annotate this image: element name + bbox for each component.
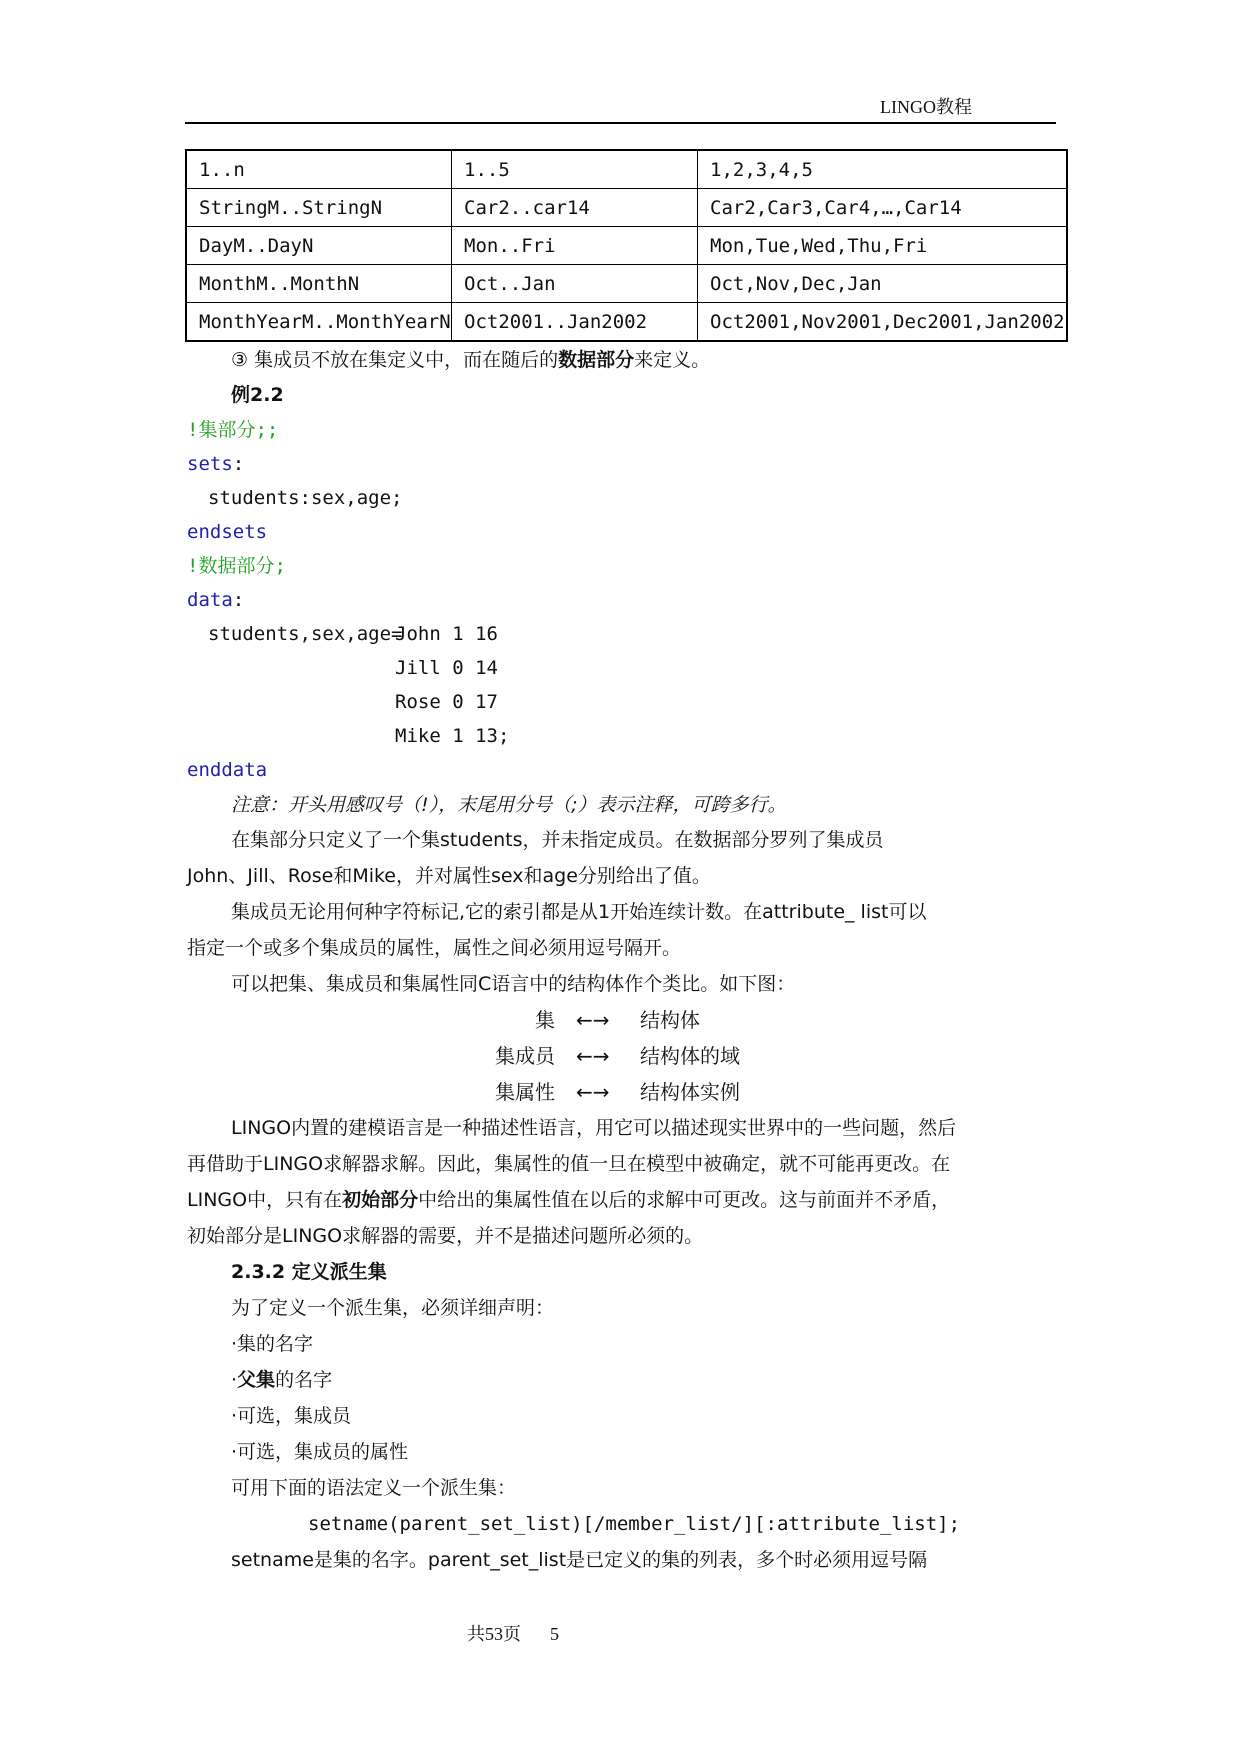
- footer-page-number: 5: [550, 1624, 559, 1644]
- item-3: ③ 集成员不放在集定义中，而在随后的数据部分来定义。: [231, 343, 710, 377]
- note-text: 注意：开头用感叹号（!），末尾用分号（;）表示注释，可跨多行。: [231, 788, 787, 822]
- bullet-text: 可选，集成员: [237, 1405, 351, 1427]
- para4-line3-suffix: 中给出的集属性值在以后的求解中可更改。这与前面并不矛盾，: [418, 1189, 950, 1211]
- table-cell: Oct..Jan: [452, 265, 698, 303]
- page-footer: 共53页 5: [467, 1620, 559, 1646]
- para2-line2: 指定一个或多个集成员的属性，属性之间必须用逗号隔开。: [187, 931, 681, 965]
- code-keyword-sets: sets: [187, 453, 233, 475]
- code-colon: :: [233, 589, 244, 611]
- table-cell: Mon,Tue,Wed,Thu,Fri: [698, 227, 1068, 265]
- double-arrow-icon: ←→: [576, 1003, 610, 1039]
- code-sets-body: students:sex,age;: [208, 481, 402, 515]
- para7-text: setname是集的名字。parent_set_list是已定义的集的列表，多个…: [231, 1543, 927, 1577]
- code-comment-sets: !集部分;;: [187, 413, 278, 447]
- table-row: StringM..StringN Car2..car14 Car2,Car3,C…: [186, 189, 1067, 227]
- item-3-bold: 数据部分: [558, 349, 634, 371]
- para1-line1: 在集部分只定义了一个集students，并未指定成员。在数据部分罗列了集成员: [231, 823, 884, 857]
- analogy-right: 结构体: [640, 1003, 700, 1039]
- para3-text: 可以把集、集成员和集属性同C语言中的结构体作个类比。如下图：: [231, 967, 795, 1001]
- analogy-left: 集成员: [420, 1039, 555, 1075]
- para6-text: 可用下面的语法定义一个派生集：: [231, 1471, 516, 1505]
- item-3-text: ③ 集成员不放在集定义中，而在随后的: [231, 349, 558, 371]
- code-data-row: Jill 0 14: [395, 651, 498, 685]
- item-3-suffix: 来定义。: [634, 349, 710, 371]
- code-keyword-endsets: endsets: [187, 515, 267, 549]
- code-data-row: Rose 0 17: [395, 685, 498, 719]
- table-row: MonthYearM..MonthYearN Oct2001..Jan2002 …: [186, 303, 1067, 342]
- table-cell: 1..n: [186, 150, 452, 189]
- bullet-item: ·可选，集成员: [231, 1399, 351, 1433]
- code-sets-line: sets:: [187, 447, 244, 481]
- bullet-item: ·可选，集成员的属性: [231, 1435, 408, 1469]
- analogy-right: 结构体实例: [640, 1075, 740, 1111]
- para4-line2: 再借助于LINGO求解器求解。因此，集属性的值一旦在模型中被确定，就不可能再更改…: [187, 1147, 950, 1181]
- table-cell: Car2..car14: [452, 189, 698, 227]
- table-cell: DayM..DayN: [186, 227, 452, 265]
- para1-line2: John、Jill、Rose和Mike，并对属性sex和age分别给出了值。: [187, 859, 711, 893]
- section-heading: 2.3.2 定义派生集: [231, 1255, 387, 1289]
- table-cell: Oct,Nov,Dec,Jan: [698, 265, 1068, 303]
- bullet-text: 集的名字: [237, 1333, 313, 1355]
- table-cell: Oct2001,Nov2001,Dec2001,Jan2002: [698, 303, 1068, 342]
- bullet-bold: 父集: [237, 1369, 275, 1391]
- code-data-lhs: students,sex,age=: [208, 617, 402, 651]
- para2-line1: 集成员无论用何种字符标记,它的索引都是从1开始连续计数。在attribute_ …: [231, 895, 926, 929]
- double-arrow-icon: ←→: [576, 1075, 610, 1111]
- code-data-line: data:: [187, 583, 244, 617]
- example-title: 例2.2: [231, 378, 284, 412]
- code-keyword-enddata: enddata: [187, 753, 267, 787]
- section-title: 定义派生集: [292, 1261, 387, 1283]
- table-cell: Car2,Car3,Car4,…,Car14: [698, 189, 1068, 227]
- syntax-line: setname(parent_set_list)[/member_list/][…: [308, 1507, 960, 1541]
- code-data-row: Mike 1 13;: [395, 719, 509, 753]
- table-cell: MonthYearM..MonthYearN: [186, 303, 452, 342]
- para4-line4: 初始部分是LINGO求解器的需要，并不是描述问题所必须的。: [187, 1219, 703, 1253]
- bullet-text: 可选，集成员的属性: [237, 1441, 408, 1463]
- header-rule: [185, 122, 1056, 124]
- footer-total-pages: 共53页: [467, 1624, 521, 1644]
- table-cell: MonthM..MonthN: [186, 265, 452, 303]
- table-cell: StringM..StringN: [186, 189, 452, 227]
- analogy-left: 集属性: [420, 1075, 555, 1111]
- para4-line1: LINGO内置的建模语言是一种描述性语言，用它可以描述现实世界中的一些问题，然后: [231, 1111, 956, 1145]
- analogy-left: 集: [420, 1003, 555, 1039]
- code-keyword-data: data: [187, 589, 233, 611]
- table-cell: 1..5: [452, 150, 698, 189]
- bullet-item: ·父集的名字: [231, 1363, 332, 1397]
- para4-line3-bold: 初始部分: [342, 1189, 418, 1211]
- analogy-right: 结构体的域: [640, 1039, 740, 1075]
- table-cell: 1,2,3,4,5: [698, 150, 1068, 189]
- bullet-item: ·集的名字: [231, 1327, 313, 1361]
- table-row: DayM..DayN Mon..Fri Mon,Tue,Wed,Thu,Fri: [186, 227, 1067, 265]
- para4-line3: LINGO中，只有在初始部分中给出的集属性值在以后的求解中可更改。这与前面并不矛…: [187, 1183, 950, 1217]
- code-colon: :: [233, 453, 244, 475]
- code-comment-data: !数据部分;: [187, 549, 286, 583]
- bullet-text: 的名字: [275, 1369, 332, 1391]
- table-cell: Oct2001..Jan2002: [452, 303, 698, 342]
- para4-line3-prefix: LINGO中，只有在: [187, 1189, 342, 1211]
- table-row: 1..n 1..5 1,2,3,4,5: [186, 150, 1067, 189]
- code-data-row: John 1 16: [395, 617, 498, 651]
- double-arrow-icon: ←→: [576, 1039, 610, 1075]
- section-number: 2.3.2: [231, 1261, 285, 1283]
- range-syntax-table: 1..n 1..5 1,2,3,4,5 StringM..StringN Car…: [185, 149, 1068, 342]
- table-row: MonthM..MonthN Oct..Jan Oct,Nov,Dec,Jan: [186, 265, 1067, 303]
- table-cell: Mon..Fri: [452, 227, 698, 265]
- page-header-title: LINGO教程: [880, 93, 972, 119]
- para5-text: 为了定义一个派生集，必须详细声明：: [231, 1291, 554, 1325]
